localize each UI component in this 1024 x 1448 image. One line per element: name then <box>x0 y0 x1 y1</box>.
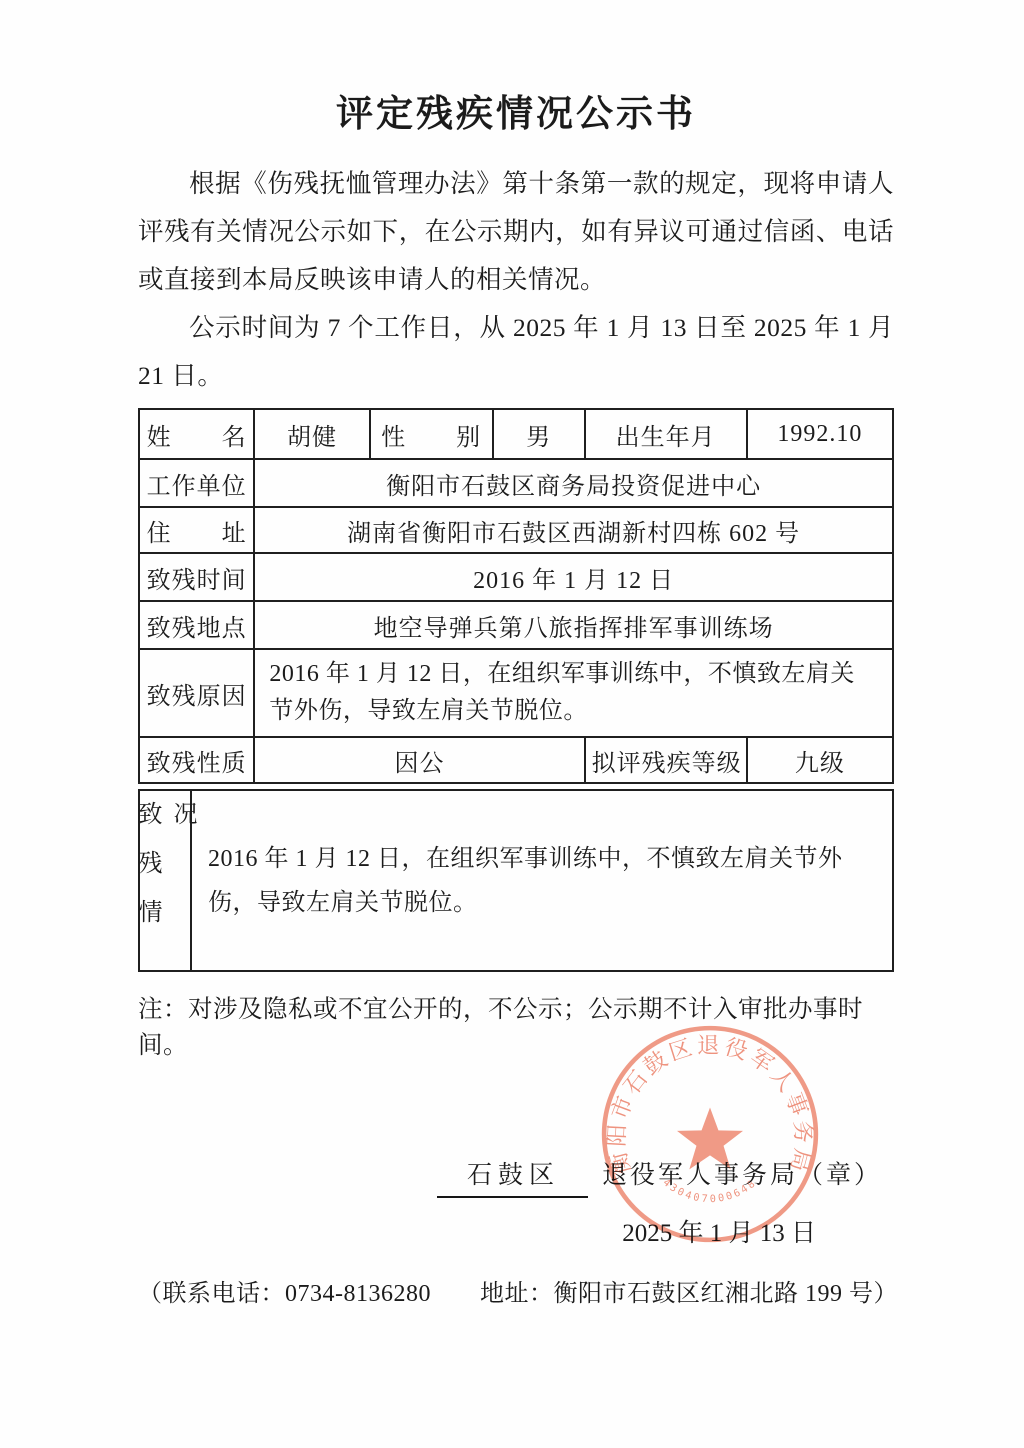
table-row: 住 址 湖南省衡阳市石鼓区西湖新村四栋 602 号 <box>139 507 893 553</box>
signature-region: 石鼓区 <box>437 1158 588 1198</box>
injury-nature-label: 致残性质 <box>139 737 254 783</box>
employer-value: 衡阳市石鼓区商务局投资促进中心 <box>254 459 893 507</box>
injury-time-label: 致残时间 <box>139 553 254 601</box>
grade-label: 拟评残疾等级 <box>585 737 747 783</box>
injury-nature-value: 因公 <box>254 737 584 783</box>
signature-office: 退役军人事务局（章） <box>602 1162 882 1189</box>
gender-value: 男 <box>493 409 585 459</box>
name-value: 胡健 <box>254 409 369 459</box>
gender-label: 性 别 <box>370 409 493 459</box>
employer-label: 工作单位 <box>139 459 254 507</box>
notice-period-paragraph: 公示时间为 7 个工作日，从 2025 年 1 月 13 日至 2025 年 1… <box>138 304 894 400</box>
table-row: 致残地点 地空导弹兵第八旅指挥排军事训练场 <box>139 601 893 649</box>
table-row: 工作单位 衡阳市石鼓区商务局投资促进中心 <box>139 459 893 507</box>
situation-label: 致残情况 <box>140 791 192 970</box>
table-row: 致残原因 2016 年 1 月 12 日，在组织军事训练中，不慎致左肩关节外伤，… <box>139 649 893 737</box>
injury-place-label: 致残地点 <box>139 601 254 649</box>
situation-box: 致残情况 2016 年 1 月 12 日，在组织军事训练中，不慎致左肩关节外伤，… <box>138 789 894 972</box>
document-title: 评定残疾情况公示书 <box>138 90 894 140</box>
privacy-note: 注：对涉及隐私或不宜公开的，不公示；公示期不计入审批办事时间。 <box>138 992 894 1064</box>
injury-time-value: 2016 年 1 月 12 日 <box>254 553 893 601</box>
contact-footer: （联系电话：0734-8136280 地址：衡阳市石鼓区红湘北路 199 号） <box>138 1276 894 1312</box>
signature-line: 石鼓区退役军人事务局（章） <box>138 1158 894 1198</box>
situation-value: 2016 年 1 月 12 日，在组织军事训练中，不慎致左肩关节外伤，导致左肩关… <box>208 837 876 925</box>
address-label: 住 址 <box>139 507 254 553</box>
table-row: 致残时间 2016 年 1 月 12 日 <box>139 553 893 601</box>
disability-info-table: 姓 名 胡健 性 别 男 出生年月 1992.10 工作单位 衡阳市石鼓区商务局… <box>138 408 894 784</box>
grade-value: 九级 <box>747 737 893 783</box>
table-row: 致残性质 因公 拟评残疾等级 九级 <box>139 737 893 783</box>
birth-label: 出生年月 <box>585 409 747 459</box>
injury-cause-label: 致残原因 <box>139 649 254 737</box>
table-row: 姓 名 胡健 性 别 男 出生年月 1992.10 <box>139 409 893 459</box>
intro-paragraph: 根据《伤残抚恤管理办法》第十条第一款的规定，现将申请人评残有关情况公示如下，在公… <box>138 160 894 304</box>
name-label: 姓 名 <box>139 409 254 459</box>
address-value: 湖南省衡阳市石鼓区西湖新村四栋 602 号 <box>254 507 893 553</box>
birth-value: 1992.10 <box>747 409 893 459</box>
injury-place-value: 地空导弹兵第八旅指挥排军事训练场 <box>254 601 893 649</box>
injury-cause-value: 2016 年 1 月 12 日，在组织军事训练中，不慎致左肩关节外伤，导致左肩关… <box>254 649 893 737</box>
document-page: 评定残疾情况公示书 根据《伤残抚恤管理办法》第十条第一款的规定，现将申请人评残有… <box>0 0 1024 1448</box>
signature-date: 2025 年 1 月 13 日 <box>138 1216 894 1252</box>
